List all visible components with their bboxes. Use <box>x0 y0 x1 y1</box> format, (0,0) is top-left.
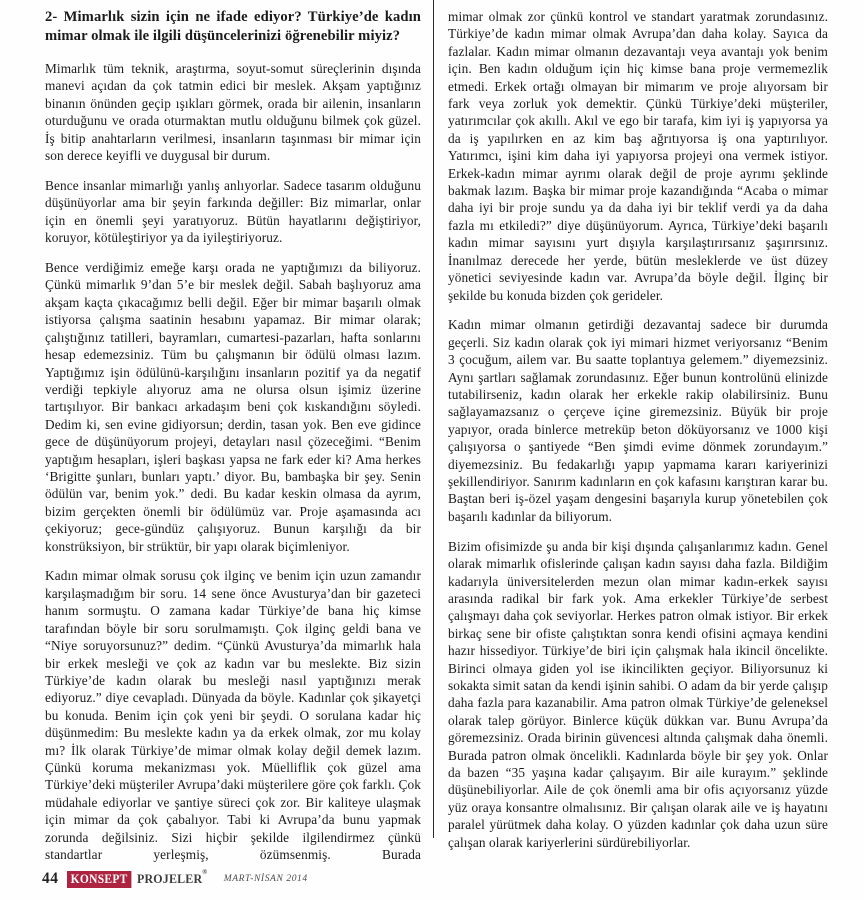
body-paragraph: Bence insanlar mimarlığı yanlış anlıyorl… <box>45 177 421 247</box>
page-number: 44 <box>42 870 59 888</box>
registered-trademark-icon: ® <box>203 868 208 876</box>
logo-projeler-text: PROJELER® <box>137 871 207 887</box>
right-column: mimar olmak zor çünkü kontrol ve standar… <box>448 8 828 851</box>
page-footer: 44 KONSEPT PROJELER® MART-NİSAN 2014 <box>42 869 308 889</box>
body-paragraph: mimar olmak zor çünkü kontrol ve standar… <box>448 8 828 304</box>
magazine-logo: KONSEPT PROJELER® <box>67 871 214 888</box>
logo-projeler-label: PROJELER <box>137 871 202 886</box>
magazine-page: 2- Mimarlık sizin için ne ifade ediyor? … <box>0 0 864 900</box>
body-paragraph: Kadın mimar olmak sorusu çok ilginç ve b… <box>45 567 421 863</box>
left-column: 2- Mimarlık sizin için ne ifade ediyor? … <box>45 8 421 863</box>
column-divider <box>433 0 434 838</box>
body-paragraph: Bizim ofisimizde şu anda bir kişi dışınd… <box>448 538 828 851</box>
article-heading: 2- Mimarlık sizin için ne ifade ediyor? … <box>45 8 421 45</box>
body-paragraph: Bence verdiğimiz emeğe karşı orada ne ya… <box>45 259 421 555</box>
logo-konsept-badge: KONSEPT <box>67 871 131 888</box>
body-paragraph: Mimarlık tüm teknik, araştırma, soyut-so… <box>45 60 421 164</box>
issue-date: MART-NİSAN 2014 <box>224 874 308 884</box>
body-paragraph: Kadın mimar olmanın getirdiği dezavantaj… <box>448 316 828 525</box>
